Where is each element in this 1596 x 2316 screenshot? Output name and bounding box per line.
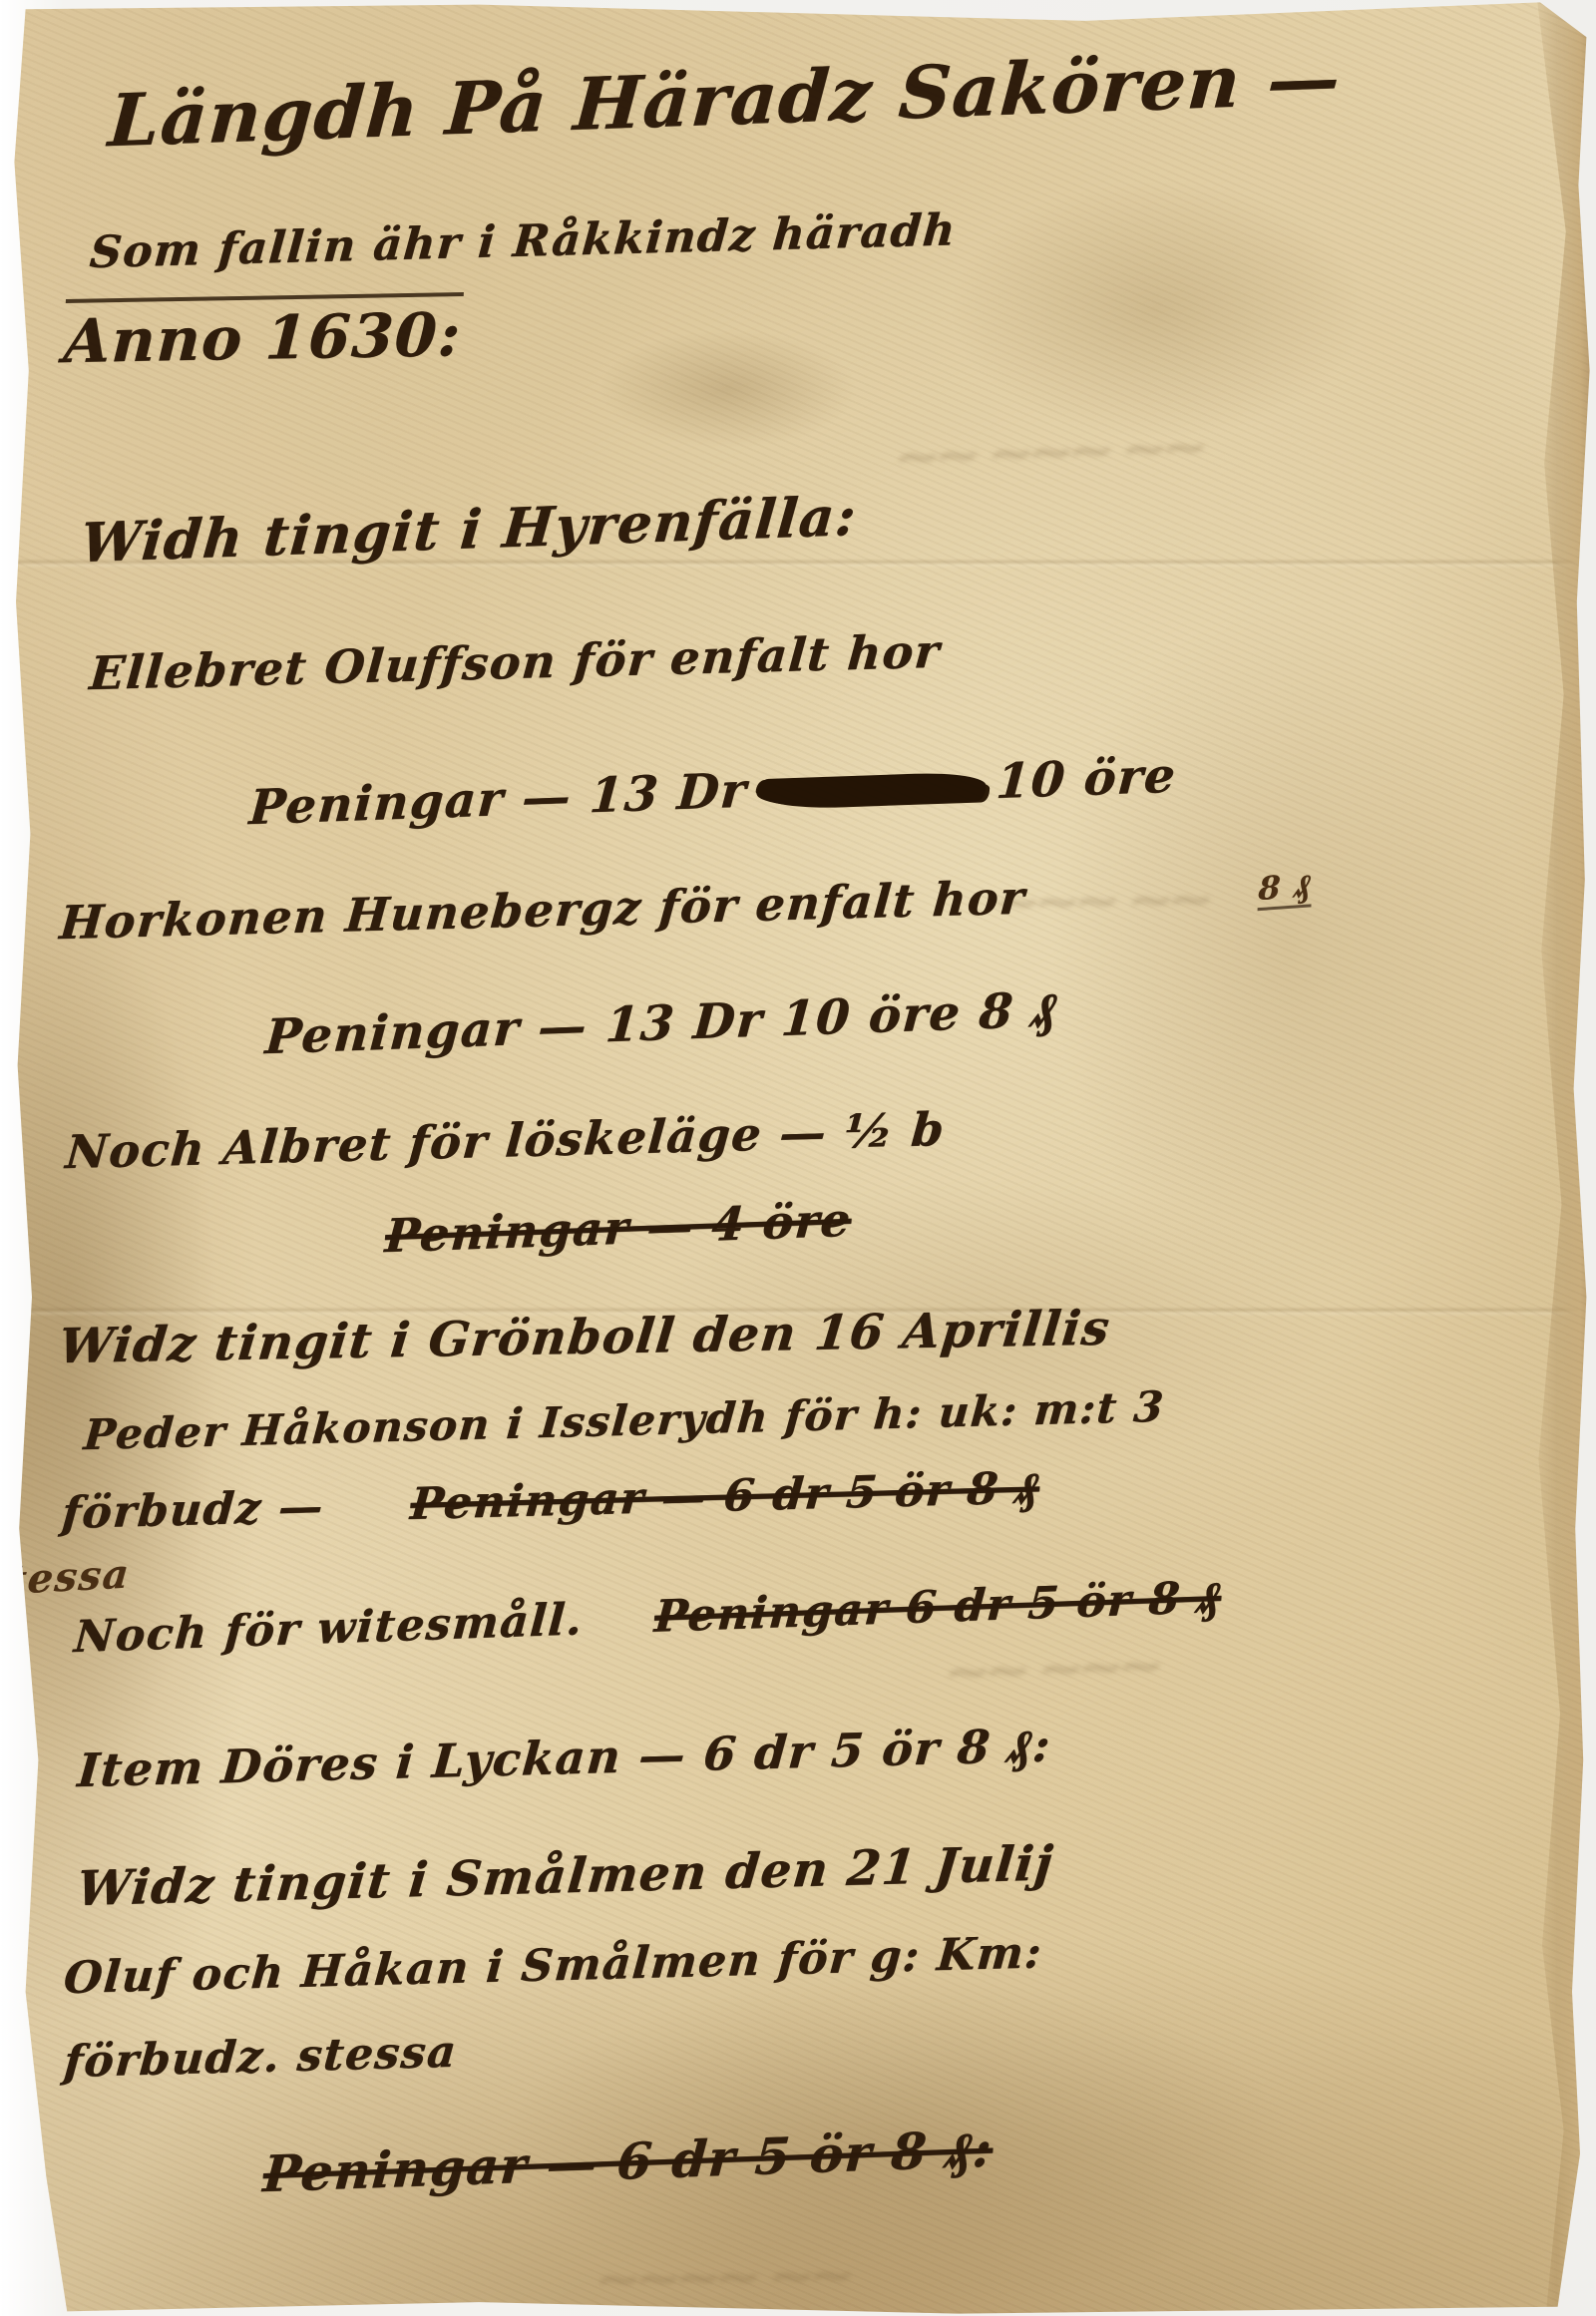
verso-showthrough: ⁓⁓ ⁓⁓⁓ [947, 1642, 1161, 1696]
amount-text: förbudz — [60, 1481, 326, 1539]
amount-line: Peningar — 6 dr 5 ör 8 ₰: [261, 2119, 995, 2203]
manuscript-year: Anno 1630: [62, 292, 464, 377]
entry-line: Horkonen Hunebergz för enfalt hor [58, 871, 1027, 950]
amount-text-struck: Peningar — 6 dr 5 ör 8 ₰ [408, 1462, 1040, 1530]
amount-line: Peningar — 4 öre [383, 1193, 853, 1263]
paper-stain [948, 180, 1367, 439]
amount-line: Peningar — 13 Dr10 öre [247, 748, 1178, 837]
amount-text-struck: Peningar 6 dr 5 ör 8 ₰ [652, 1572, 1223, 1643]
amount-line: förbudz — Peningar — 6 dr 5 ör 8 ₰ [60, 1462, 1041, 1539]
manuscript-page: ⁓⁓ ⁓⁓⁓ ⁓⁓ ⁓⁓⁓ ⁓⁓ ⁓⁓ ⁓⁓⁓ ⁓⁓⁓⁓ ⁓⁓ Längdh P… [0, 0, 1596, 2316]
paper-stain [598, 329, 858, 449]
entry-line: Peder Håkonson i Isslerydh för h: uk: m:… [82, 1382, 1166, 1459]
section-heading-1: Widh tingit i Hyrenfälla: [78, 484, 859, 575]
entry-line: förbudz. stessa [62, 2027, 459, 2088]
paper-stain [1047, 598, 1526, 1297]
section-heading-2: Widz tingit i Grönboll den 16 Aprillis [56, 1301, 1113, 1375]
entry-line: Oluf och Håkan i Smålmen för g: Km: [62, 1927, 1044, 2004]
amount-text: Peningar — 13 Dr [247, 763, 749, 837]
verso-showthrough: ⁓⁓ ⁓⁓⁓ ⁓⁓ [897, 424, 1205, 482]
entry-line: Noch Albret för löskeläge — ½ b [64, 1102, 948, 1179]
entry-line: Item Döres i Lyckan — 6 dr 5 ör 8 ₰: [76, 1718, 1053, 1797]
verso-showthrough: ⁓⁓⁓ ⁓⁓ [997, 876, 1212, 927]
amount-sub: 8 ₰ [1258, 866, 1313, 911]
verso-showthrough: ⁓⁓⁓⁓ ⁓⁓ [598, 2252, 853, 2303]
entry-line: Ellebret Oluffson för enfalt hor [88, 624, 943, 700]
ink-blot-strikeout [756, 771, 988, 809]
manuscript-subtitle: Som fallin ähr i Råkkindz häradh [88, 204, 958, 278]
section-heading-3: Widz tingit i Smålmen den 21 Julij [75, 1835, 1056, 1917]
amount-text: 10 öre [995, 748, 1178, 810]
amount-line: Peningar — 13 Dr 10 öre 8 ₰ [263, 981, 1059, 1065]
manuscript-title: Längdh På Häradz Sakören — [106, 35, 1344, 163]
entry-text: Noch för witesmåll. [72, 1594, 585, 1663]
entry-line: Noch för witesmåll. Peningar 6 dr 5 ör 8… [72, 1572, 1222, 1663]
